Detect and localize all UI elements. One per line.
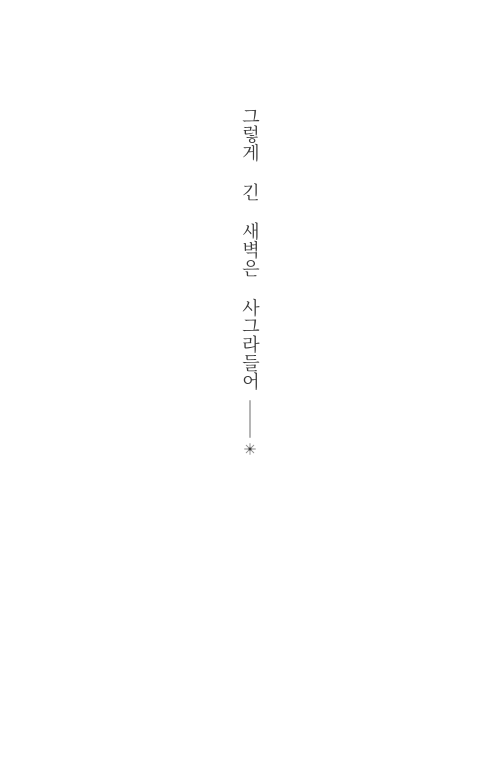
em-dash-divider [249, 400, 251, 438]
asterisk-icon [244, 443, 256, 455]
book-cover-page: 그렇게 긴 새벽은 사그라들어 [0, 0, 500, 783]
book-title: 그렇게 긴 새벽은 사그라들어 [241, 107, 259, 391]
vertical-title-block: 그렇게 긴 새벽은 사그라들어 [241, 107, 259, 455]
